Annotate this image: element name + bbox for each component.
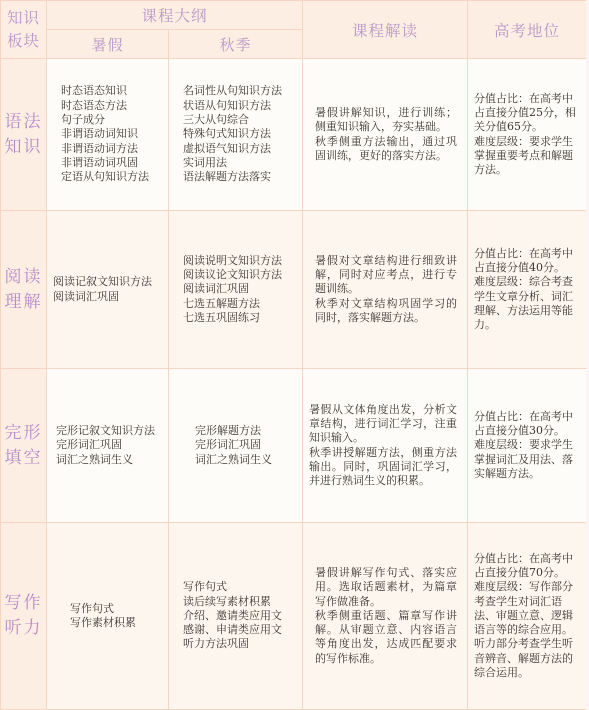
list-item: 词汇之熟词生义 (195, 453, 296, 467)
list-item: 写作句式 (70, 602, 162, 616)
module-label-line: 写作 (1, 591, 46, 616)
module-label-cloze: 完形 填空 (1, 369, 47, 523)
interpretation-paragraph: 秋季对文章结构巩固学习的同时，落实解题方法。 (315, 297, 457, 326)
list-item: 感谢、申请类应用文 (183, 623, 296, 637)
summer-cell: 完形记叙文知识方法 完形词汇巩固 词汇之熟词生义 (47, 369, 169, 523)
module-label-writing-listening: 写作 听力 (1, 523, 47, 710)
exam-difficulty: 难度层级：要求学生掌握重要考点和解题方法。 (474, 135, 580, 178)
interpretation-paragraph: 暑假从文体角度出发，分析文章结构，进行词汇学习，注重知识输入。 (309, 403, 457, 446)
exam-position-cell: 分值占比：在高考中占直接分值40分。 难度层级：综合考查学生文章分析、词汇理解、… (468, 211, 587, 369)
list-item: 写作句式 (183, 580, 296, 594)
list-item: 完形记叙文知识方法 (56, 424, 162, 438)
list-item: 三大从句综合 (183, 113, 296, 127)
exam-score-share: 分值占比：在高考中占直接分值25分，相关分值65分。 (474, 92, 580, 135)
course-outline-table: 知识 板块 课程大纲 课程解读 高考地位 暑假 秋季 语法 知识 时态语态知识 … (0, 0, 587, 710)
interpretation-cell: 暑假从文体角度出发，分析文章结构，进行词汇学习，注重知识输入。 秋季讲授解题方法… (303, 369, 468, 523)
module-label-grammar: 语法 知识 (1, 59, 47, 211)
table-row-cloze: 完形 填空 完形记叙文知识方法 完形词汇巩固 词汇之熟词生义 完形解题方法 完形… (1, 369, 587, 523)
summer-cell: 写作句式 写作素材积累 (47, 523, 169, 710)
exam-difficulty: 难度层级：要求学生掌握词汇及用法、落实解题方法。 (474, 438, 580, 481)
module-label-line: 理解 (1, 290, 46, 315)
table-row-reading: 阅读 理解 阅读记叙文知识方法 阅读词汇巩固 阅读说明文知识方法 阅读议论文知识… (1, 211, 587, 369)
header-corner-line: 知识 (1, 7, 46, 30)
module-label-line: 听力 (1, 616, 46, 641)
exam-difficulty: 难度层级：写作部分考查学生对词汇语法、审题立意、逻辑语言等的综合应用。听力部分考… (474, 580, 580, 680)
list-item: 阅读记叙文知识方法 (53, 275, 162, 289)
list-item: 非谓语动词知识 (61, 127, 162, 141)
list-item: 特殊句式知识方法 (183, 127, 296, 141)
header-exam-position: 高考地位 (468, 1, 587, 59)
list-item: 读后续写素材积累 (183, 595, 296, 609)
list-item: 阅读词汇巩固 (183, 282, 296, 296)
list-item: 完形词汇巩固 (56, 438, 162, 452)
interpretation-paragraph: 暑假讲解写作句式、落实应用。选取话题素材，为篇章写作做准备。 (315, 566, 457, 609)
list-item: 实词用法 (183, 156, 296, 170)
list-item: 语法解题方法落实 (183, 170, 296, 184)
table-row-writing-listening: 写作 听力 写作句式 写作素材积累 写作句式 读后续写素材积累 介绍、邀请类应用… (1, 523, 587, 710)
list-item: 定语从句知识方法 (61, 170, 162, 184)
header-autumn: 秋季 (169, 30, 303, 59)
interpretation-paragraph: 暑假对文章结构进行细致讲解，同时对应考点，进行专题训练。 (315, 254, 457, 297)
exam-position-cell: 分值占比：在高考中占直接分值30分。 难度层级：要求学生掌握词汇及用法、落实解题… (468, 369, 587, 523)
list-item: 时态语态知识 (61, 84, 162, 98)
list-item: 七选五巩固练习 (183, 311, 296, 325)
exam-position-cell: 分值占比：在高考中占直接分值25分，相关分值65分。 难度层级：要求学生掌握重要… (468, 59, 587, 211)
header-corner-line: 板块 (1, 30, 46, 53)
header-knowledge-module: 知识 板块 (1, 1, 47, 59)
interpretation-paragraph: 秋季侧重话题、篇章写作讲解。从审题立意、内容语言等角度出发，达成匹配要求的写作标… (315, 609, 457, 666)
module-label-line: 完形 (1, 421, 46, 446)
header-course-interpretation: 课程解读 (303, 1, 468, 59)
list-item: 句子成分 (61, 113, 162, 127)
interpretation-paragraph: 秋季讲授解题方法，侧重方法输出。同时，巩固词汇学习，并进行熟词生义的积累。 (309, 446, 457, 489)
list-item: 七选五解题方法 (183, 297, 296, 311)
module-label-line: 阅读 (1, 265, 46, 290)
exam-score-share: 分值占比：在高考中占直接分值30分。 (474, 410, 580, 439)
summer-cell: 时态语态知识 时态语态方法 句子成分 非谓语动词知识 非谓语动词方法 非谓语动词… (47, 59, 169, 211)
exam-difficulty: 难度层级：综合考查学生文章分析、词汇理解、方法运用等能力。 (474, 275, 580, 332)
autumn-cell: 阅读说明文知识方法 阅读议论文知识方法 阅读词汇巩固 七选五解题方法 七选五巩固… (169, 211, 303, 369)
list-item: 非谓语动词方法 (61, 142, 162, 156)
module-label-reading: 阅读 理解 (1, 211, 47, 369)
module-label-line: 填空 (1, 446, 46, 471)
interpretation-cell: 暑假对文章结构进行细致讲解，同时对应考点，进行专题训练。 秋季对文章结构巩固学习… (303, 211, 468, 369)
list-item: 虚拟语气知识方法 (183, 142, 296, 156)
list-item: 阅读词汇巩固 (53, 290, 162, 304)
list-item: 状语从句知识方法 (183, 99, 296, 113)
list-item: 听力方法巩固 (183, 637, 296, 651)
list-item: 完形解题方法 (195, 424, 296, 438)
exam-score-share: 分值占比：在高考中占直接分值70分。 (474, 552, 580, 581)
list-item: 词汇之熟词生义 (56, 453, 162, 467)
list-item: 名词性从句知识方法 (183, 84, 296, 98)
list-item: 完形词汇巩固 (195, 438, 296, 452)
list-item: 写作素材积累 (70, 616, 162, 630)
list-item: 时态语态方法 (61, 99, 162, 113)
header-summer: 暑假 (47, 30, 169, 59)
table-row-grammar: 语法 知识 时态语态知识 时态语态方法 句子成分 非谓语动词知识 非谓语动词方法… (1, 59, 587, 211)
header-course-outline: 课程大纲 (47, 1, 303, 30)
list-item: 非谓语动词巩固 (61, 156, 162, 170)
list-item: 阅读说明文知识方法 (183, 254, 296, 268)
interpretation-cell: 暑假讲解知识，进行训练；侧重知识输入，夯实基础。 秋季侧重方法输出，通过巩固训练… (303, 59, 468, 211)
interpretation-paragraph: 暑假讲解知识，进行训练；侧重知识输入，夯实基础。 (315, 106, 457, 135)
summer-cell: 阅读记叙文知识方法 阅读词汇巩固 (47, 211, 169, 369)
autumn-cell: 名词性从句知识方法 状语从句知识方法 三大从句综合 特殊句式知识方法 虚拟语气知… (169, 59, 303, 211)
exam-position-cell: 分值占比：在高考中占直接分值70分。 难度层级：写作部分考查学生对词汇语法、审题… (468, 523, 587, 710)
list-item: 介绍、邀请类应用文 (183, 609, 296, 623)
list-item: 阅读议论文知识方法 (183, 268, 296, 282)
interpretation-cell: 暑假讲解写作句式、落实应用。选取话题素材，为篇章写作做准备。 秋季侧重话题、篇章… (303, 523, 468, 710)
exam-score-share: 分值占比：在高考中占直接分值40分。 (474, 247, 580, 276)
module-label-line: 知识 (1, 135, 46, 160)
autumn-cell: 写作句式 读后续写素材积累 介绍、邀请类应用文 感谢、申请类应用文 听力方法巩固 (169, 523, 303, 710)
module-label-line: 语法 (1, 110, 46, 135)
interpretation-paragraph: 秋季侧重方法输出，通过巩固训练，更好的落实方法。 (315, 135, 457, 164)
autumn-cell: 完形解题方法 完形词汇巩固 词汇之熟词生义 (169, 369, 303, 523)
